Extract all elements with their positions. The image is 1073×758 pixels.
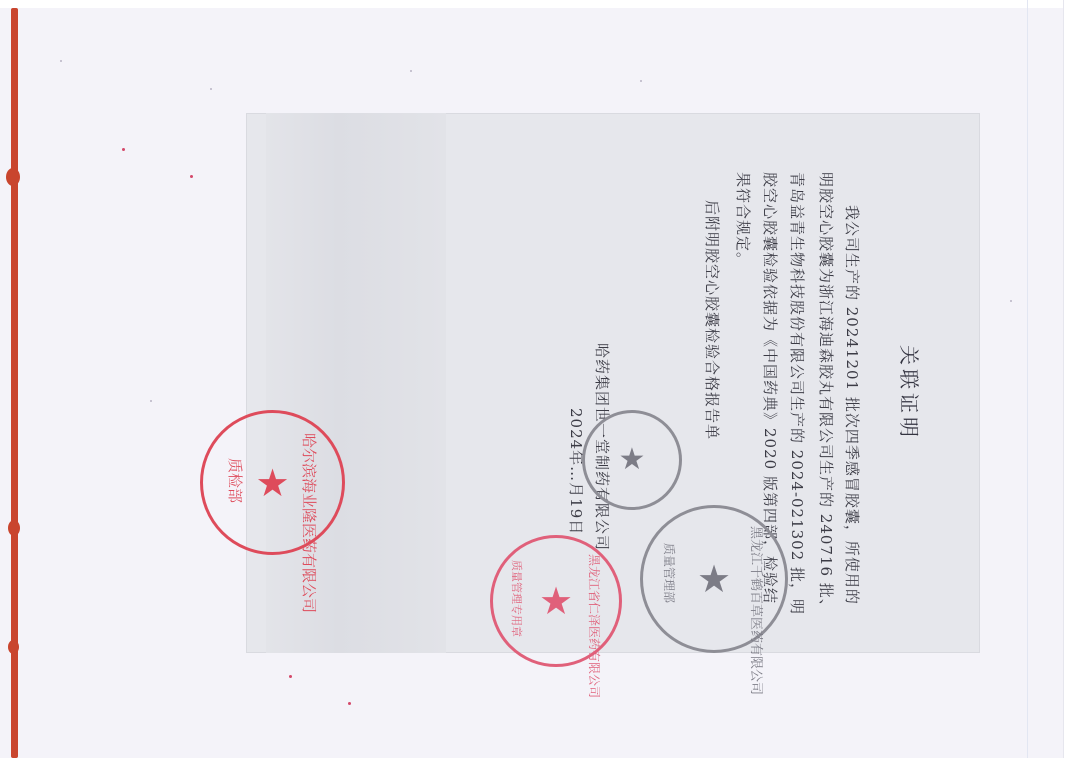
- stamp-subtext: 质量管理部: [661, 543, 678, 603]
- speck: [640, 80, 642, 82]
- star-icon: ★: [255, 464, 289, 502]
- scan-shading: [266, 113, 446, 653]
- stamp-subtext: 质量管理专用章: [509, 560, 525, 637]
- page-top-strip: [0, 0, 1073, 8]
- harbin-quality-stamp: ★ 哈尔滨海业隆医药有限公司 质检部: [200, 410, 345, 555]
- red-speck: [348, 702, 351, 705]
- star-icon: ★: [619, 445, 646, 475]
- qianhe-quality-stamp: ★ 黑龙江千鹤百草医药有限公司 质量管理部: [640, 505, 788, 653]
- body-line-3: 青岛益青生物科技股份有限公司生产的 2024-021302 批，明: [787, 172, 807, 615]
- scan-line: [1027, 0, 1028, 758]
- document-title: 关联证明: [896, 345, 925, 441]
- stamp-text: 黑龙江千鹤百草医药有限公司: [748, 526, 767, 695]
- red-ink-blot: [8, 520, 20, 536]
- stamp-text: 黑龙江省仁泽医药有限公司: [586, 554, 603, 698]
- red-ink-blot: [8, 640, 19, 654]
- page-right-margin: [1063, 0, 1073, 758]
- speck: [410, 70, 412, 72]
- body-line-5: 果符合规定。: [733, 172, 753, 268]
- attachment-note: 后附明胶空心胶囊检验合格报告单: [702, 200, 722, 440]
- speck: [60, 60, 62, 62]
- red-ink-blot: [6, 168, 20, 186]
- speck: [210, 88, 212, 90]
- company-stamp: ★: [582, 410, 682, 510]
- stamp-subtext: 质检部: [225, 458, 246, 503]
- speck: [150, 400, 152, 402]
- red-speck: [289, 675, 292, 678]
- heilongjiang-quality-stamp: ★ 黑龙江省仁泽医药有限公司 质量管理专用章: [490, 535, 622, 667]
- body-line-2: 明胶空心胶囊为浙江海迪森胶丸有限公司生产的 240716 批、: [816, 172, 836, 615]
- stamp-text: 哈尔滨海业隆医药有限公司: [299, 433, 320, 613]
- body-line-1: 我公司生产的 20241201 批次四季感冒胶囊，所使用的: [842, 205, 862, 605]
- speck: [1010, 300, 1012, 302]
- star-icon: ★: [697, 560, 731, 598]
- red-speck: [190, 175, 193, 178]
- star-icon: ★: [539, 582, 573, 620]
- red-speck: [122, 148, 125, 151]
